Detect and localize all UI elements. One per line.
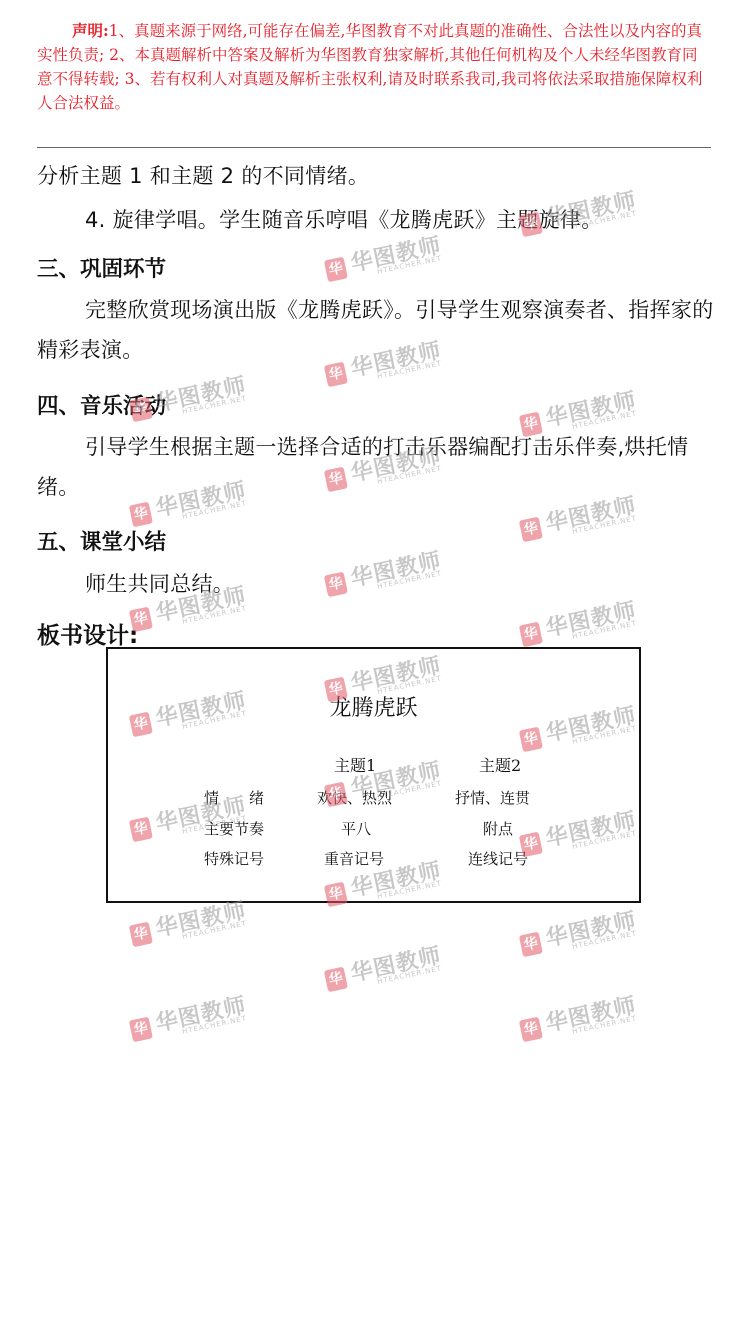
- watermark-logo: 华华图教师HTEACHER.NET: [322, 938, 448, 1002]
- watermark-badge-icon: 华: [519, 932, 543, 958]
- watermark-logo: 华华图教师HTEACHER.NET: [127, 988, 253, 1052]
- watermark-badge-icon: 华: [324, 967, 348, 993]
- watermark-logo: 华华图教师HTEACHER.NET: [517, 903, 643, 967]
- disclaimer: 声明:1、真题来源于网络,可能存在偏差,华图教育不对此真题的准确性、合法性以及内…: [37, 19, 711, 115]
- section4-text: 引导学生根据主题一选择合适的打击乐器编配打击乐伴奏,烘托情绪。: [37, 427, 717, 507]
- watermark-badge-icon: 华: [129, 1017, 153, 1043]
- row-label-symbols: 特殊记号: [204, 848, 264, 869]
- cell-symbols-theme2: 连线记号: [468, 848, 528, 869]
- watermark-badge-icon: 华: [324, 257, 348, 283]
- paragraph-step4: 4. 旋律学唱。学生随音乐哼唱《龙腾虎跃》主题旋律。: [37, 200, 717, 240]
- divider: [37, 147, 711, 148]
- section3-text: 完整欣赏现场演出版《龙腾虎跃》。引导学生观察演奏者、指挥家的精彩表演。: [37, 290, 717, 370]
- cell-rhythm-theme2: 附点: [483, 818, 513, 839]
- disclaimer-text: 1、真题来源于网络,可能存在偏差,华图教育不对此真题的准确性、合法性以及内容的真…: [37, 22, 702, 112]
- board-heading: 板书设计:: [37, 617, 138, 650]
- section3-heading: 三、巩固环节: [37, 252, 166, 283]
- section5-text: 师生共同总结。: [37, 564, 717, 604]
- row-label-rhythm: 主要节奏: [204, 818, 264, 839]
- watermark-badge-icon: 华: [519, 622, 543, 648]
- row-label-emotion: 情 绪: [204, 787, 264, 808]
- disclaimer-lead: 声明:: [72, 21, 109, 40]
- watermark-badge-icon: 华: [519, 1017, 543, 1043]
- section4-heading: 四、音乐活动: [37, 389, 166, 420]
- column-header-theme1: 主题1: [334, 753, 376, 776]
- cell-emotion-theme1: 欢快、热烈: [317, 787, 392, 808]
- column-header-theme2: 主题2: [479, 753, 521, 776]
- paragraph-analysis: 分析主题 1 和主题 2 的不同情绪。: [37, 156, 717, 196]
- watermark-badge-icon: 华: [519, 517, 543, 543]
- cell-emotion-theme2: 抒情、连贯: [455, 787, 530, 808]
- section5-heading: 五、课堂小结: [37, 525, 166, 556]
- watermark-logo: 华华图教师HTEACHER.NET: [517, 988, 643, 1052]
- cell-symbols-theme1: 重音记号: [324, 848, 384, 869]
- blackboard-design: 龙腾虎跃 主题1 主题2 情 绪 欢快、热烈 抒情、连贯 主要节奏 平八 附点 …: [106, 647, 641, 903]
- board-title: 龙腾虎跃: [108, 691, 639, 722]
- watermark-badge-icon: 华: [129, 922, 153, 948]
- cell-rhythm-theme1: 平八: [341, 818, 371, 839]
